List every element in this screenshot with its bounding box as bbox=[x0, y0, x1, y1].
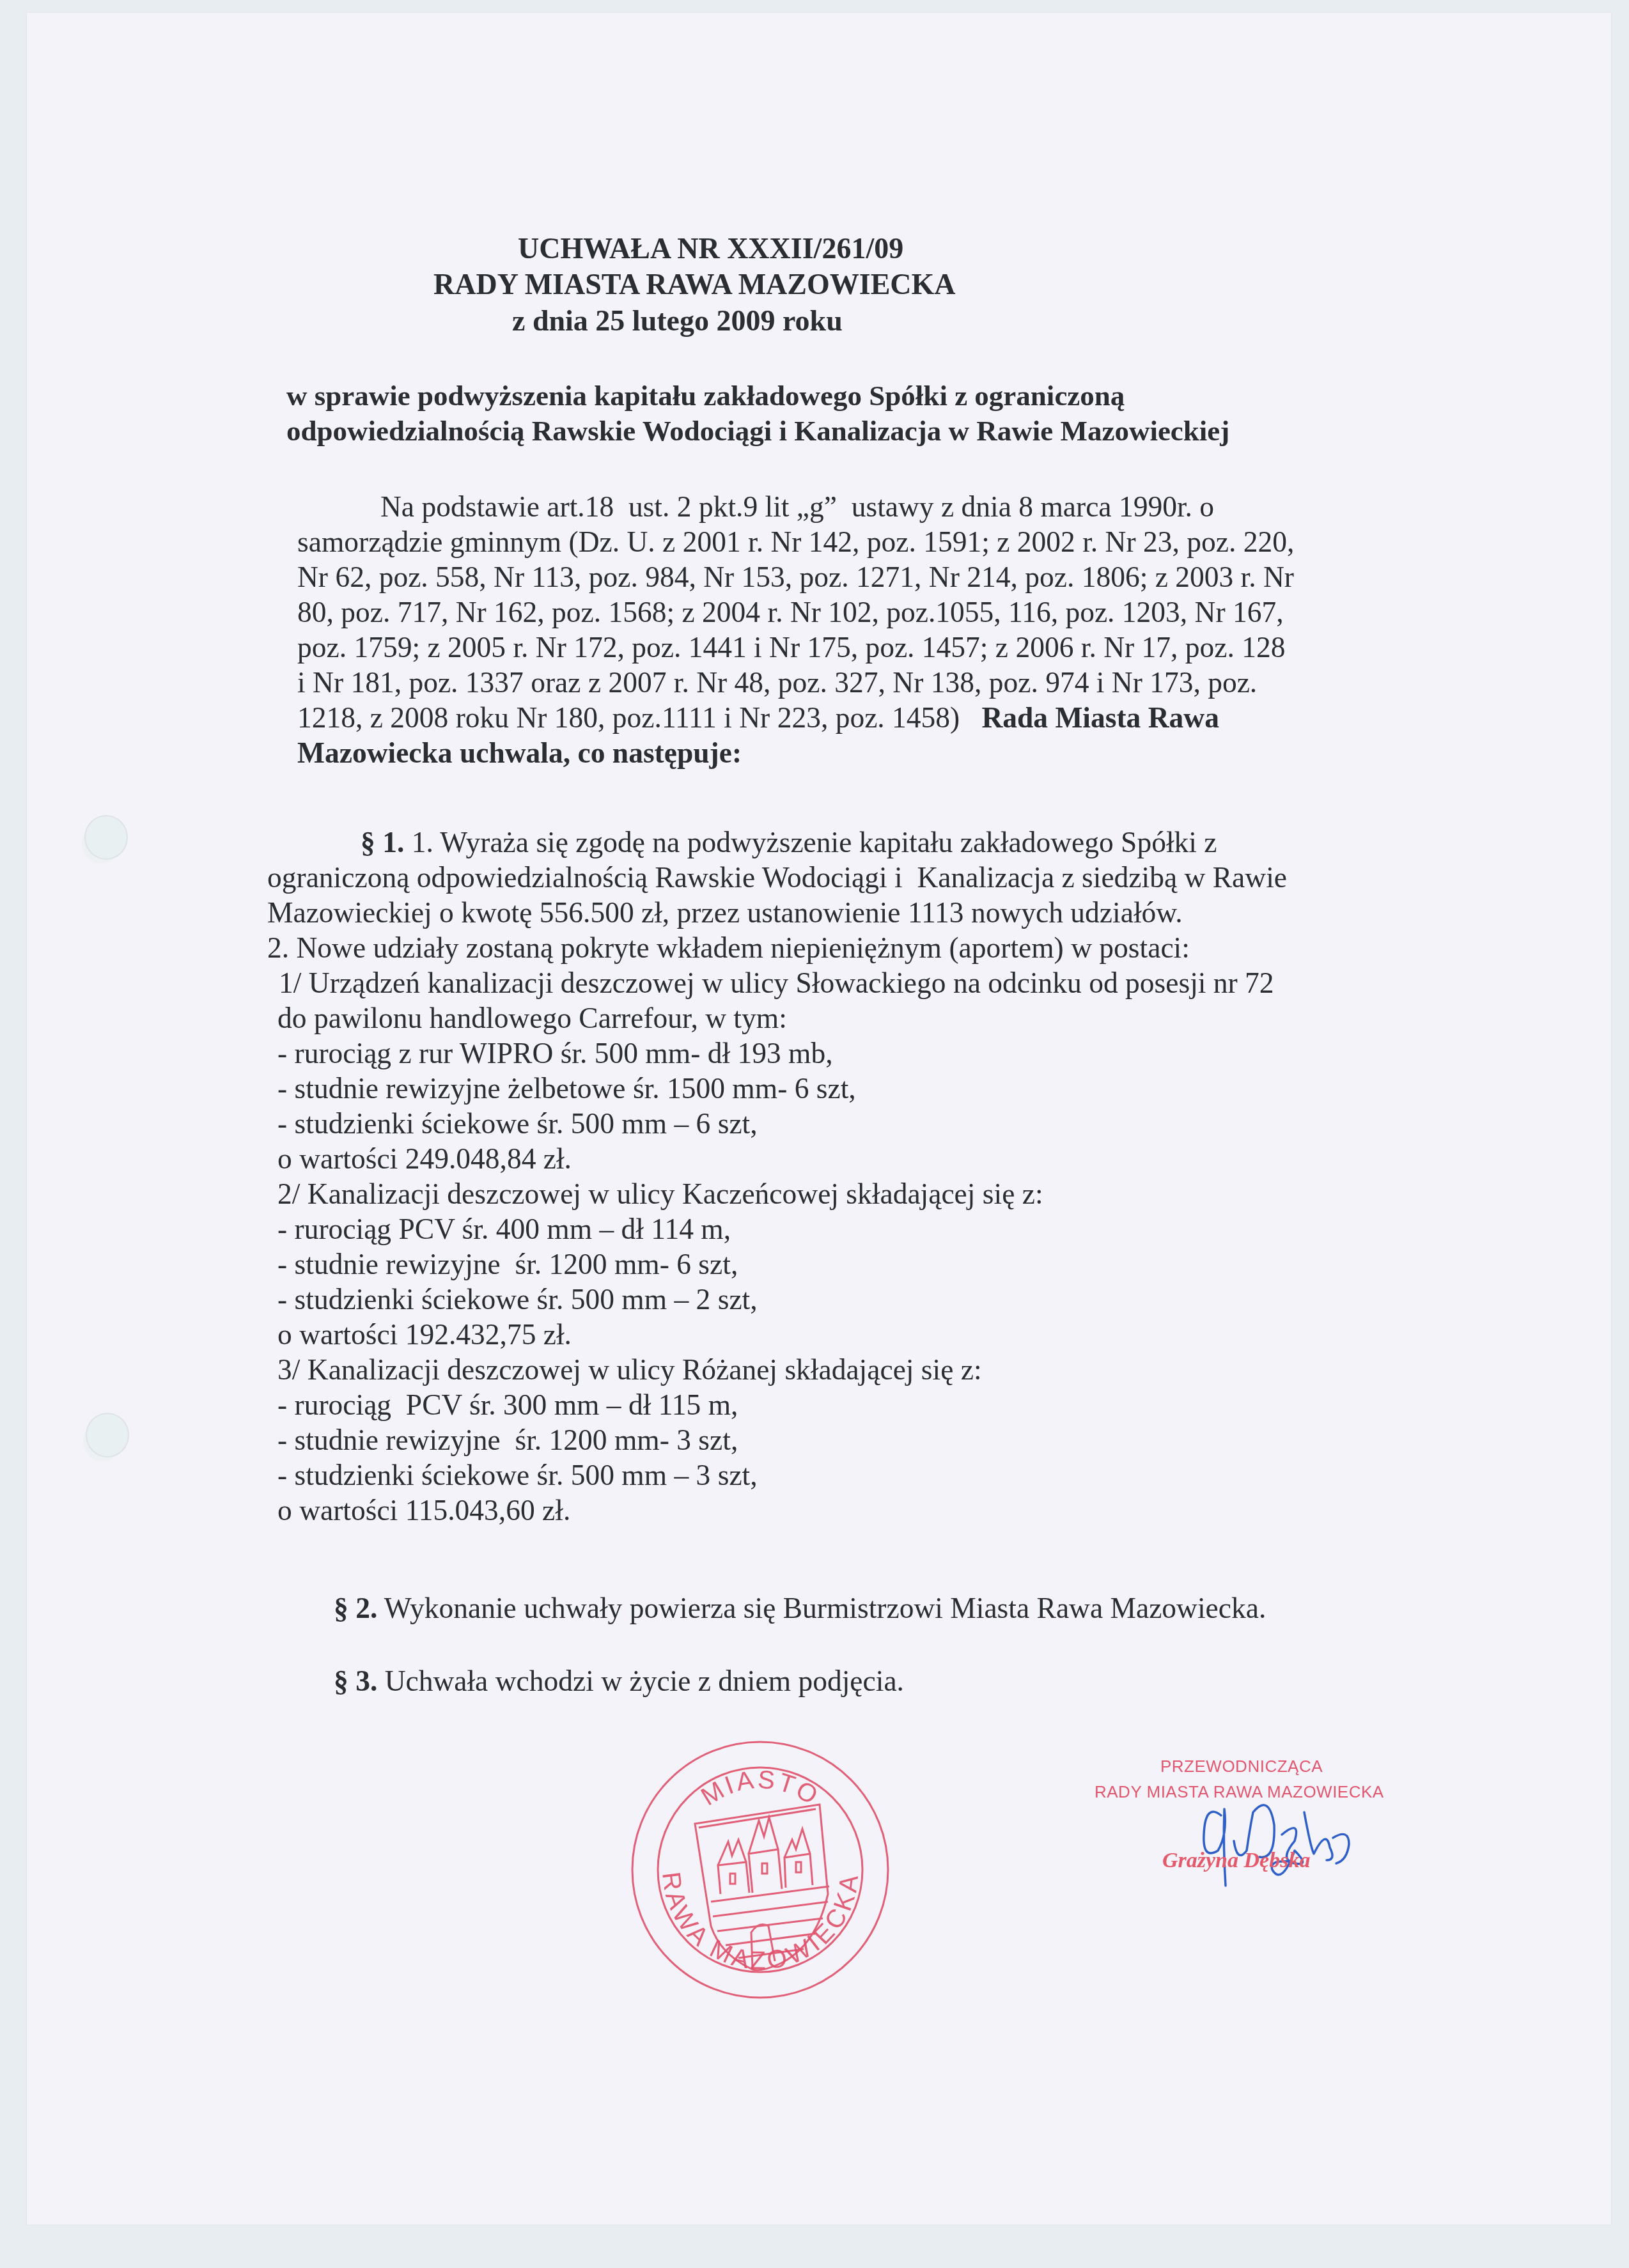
asset-heading: 1/ Urządzeń kanalizacji deszczowej w uli… bbox=[277, 965, 1287, 1000]
asset-detail: - rurociąg PCV śr. 400 mm – dł 114 m, bbox=[277, 1211, 1287, 1247]
svg-text:MIASTO: MIASTO bbox=[696, 1766, 825, 1812]
asset-heading: 2/ Kanalizacji deszczowej w ulicy Kaczeń… bbox=[277, 1176, 1287, 1211]
asset-heading: do pawilonu handlowego Carrefour, w tym: bbox=[277, 1000, 1287, 1036]
preamble-line: i Nr 181, poz. 1337 oraz z 2007 r. Nr 48… bbox=[297, 665, 1294, 700]
asset-item-2: 2/ Kanalizacji deszczowej w ulicy Kaczeń… bbox=[267, 1176, 1287, 1352]
asset-value: o wartości 249.048,84 zł. bbox=[277, 1141, 1287, 1176]
punch-hole-top bbox=[84, 815, 128, 860]
section-text: 1. Wyraża się zgodę na podwyższenie kapi… bbox=[404, 826, 1217, 858]
punch-hole-bottom bbox=[86, 1413, 129, 1457]
resolution-number: UCHWAŁA NR XXXII/261/09 bbox=[518, 231, 903, 266]
chairwoman-signature-block: PRZEWODNICZĄCA RADY MIASTA RAWA MAZOWIEC… bbox=[1087, 1739, 1470, 1892]
preamble-line: Nr 62, poz. 558, Nr 113, poz. 984, Nr 15… bbox=[297, 559, 1294, 594]
preamble-line: poz. 1759; z 2005 r. Nr 172, poz. 1441 i… bbox=[297, 630, 1294, 665]
asset-item-3: 3/ Kanalizacji deszczowej w ulicy Różane… bbox=[267, 1352, 1287, 1528]
svg-text:RAWA MAZOWIECKA: RAWA MAZOWIECKA bbox=[657, 1870, 864, 1975]
section-1: § 1. 1. Wyraża się zgodę na podwyższenie… bbox=[267, 825, 1287, 1528]
asset-value: o wartości 115.043,60 zł. bbox=[277, 1493, 1287, 1528]
preamble: Na podstawie art.18 ust. 2 pkt.9 lit „g”… bbox=[297, 489, 1294, 770]
city-seal-icon: MIASTO RAWA MAZOWIECKA bbox=[625, 1734, 896, 2006]
asset-detail: - rurociąg z rur WIPRO śr. 500 mm- dł 19… bbox=[277, 1036, 1287, 1071]
section-1-point-1: § 1. 1. Wyraża się zgodę na podwyższenie… bbox=[267, 825, 1287, 860]
asset-detail: - studzienki ściekowe śr. 500 mm – 3 szt… bbox=[277, 1457, 1287, 1493]
section-label: § 1. bbox=[361, 826, 404, 858]
preamble-line: Na podstawie art.18 ust. 2 pkt.9 lit „g”… bbox=[297, 489, 1294, 524]
resolution-date: z dnia 25 lutego 2009 roku bbox=[512, 304, 843, 338]
asset-value: o wartości 192.432,75 zł. bbox=[277, 1317, 1287, 1352]
asset-detail: - studnie rewizyjne żelbetowe śr. 1500 m… bbox=[277, 1071, 1287, 1106]
asset-detail: - studnie rewizyjne śr. 1200 mm- 6 szt, bbox=[277, 1247, 1287, 1282]
section-text: Uchwała wchodzi w życie z dniem podjęcia… bbox=[377, 1665, 904, 1697]
preamble-line: Mazowiecka uchwala, co następuje: bbox=[297, 735, 1294, 770]
asset-heading: 3/ Kanalizacji deszczowej w ulicy Różane… bbox=[277, 1352, 1287, 1387]
preamble-citation-end: 1218, z 2008 roku Nr 180, poz.1111 i Nr … bbox=[297, 701, 960, 734]
section-line: Mazowieckiej o kwotę 556.500 zł, przez u… bbox=[267, 895, 1287, 930]
section-label: § 3. bbox=[334, 1665, 377, 1697]
city-stamp: MIASTO RAWA MAZOWIECKA bbox=[625, 1734, 896, 2006]
resolution-formula-cont: Mazowiecka uchwala, co następuje: bbox=[297, 736, 742, 769]
document-page: UCHWAŁA NR XXXII/261/09 RADY MIASTA RAWA… bbox=[27, 13, 1611, 2225]
handwritten-signature-icon bbox=[1199, 1790, 1365, 1892]
asset-detail: - rurociąg PCV śr. 300 mm – dł 115 m, bbox=[277, 1387, 1287, 1422]
section-3: § 3. Uchwała wchodzi w życie z dniem pod… bbox=[334, 1663, 904, 1698]
preamble-line: 1218, z 2008 roku Nr 180, poz.1111 i Nr … bbox=[297, 700, 1294, 735]
resolution-formula: Rada Miasta Rawa bbox=[981, 701, 1219, 734]
asset-detail: - studzienki ściekowe śr. 500 mm – 6 szt… bbox=[277, 1106, 1287, 1141]
asset-detail: - studnie rewizyjne śr. 1200 mm- 3 szt, bbox=[277, 1422, 1287, 1457]
section-1-point-2: 2. Nowe udziały zostaną pokryte wkładem … bbox=[267, 930, 1287, 965]
section-2: § 2. Wykonanie uchwały powierza się Burm… bbox=[334, 1590, 1266, 1626]
signatory-name: Grażyna Dębska bbox=[1162, 1849, 1310, 1873]
subject-line-1: w sprawie podwyższenia kapitału zakładow… bbox=[286, 378, 1125, 414]
preamble-line: samorządzie gminnym (Dz. U. z 2001 r. Nr… bbox=[297, 524, 1294, 559]
signature-title-line-1: PRZEWODNICZĄCA bbox=[1160, 1757, 1323, 1776]
asset-item-1: 1/ Urządzeń kanalizacji deszczowej w uli… bbox=[267, 965, 1287, 1176]
subject-line-2: odpowiedzialnością Rawskie Wodociągi i K… bbox=[286, 414, 1229, 449]
preamble-line: 80, poz. 717, Nr 162, poz. 1568; z 2004 … bbox=[297, 594, 1294, 630]
section-line: ograniczoną odpowiedzialnością Rawskie W… bbox=[267, 860, 1287, 895]
asset-detail: - studzienki ściekowe śr. 500 mm – 2 szt… bbox=[277, 1282, 1287, 1317]
section-label: § 2. bbox=[334, 1592, 377, 1624]
council-name: RADY MIASTA RAWA MAZOWIECKA bbox=[433, 267, 956, 302]
section-text: Wykonanie uchwały powierza się Burmistrz… bbox=[377, 1592, 1266, 1624]
